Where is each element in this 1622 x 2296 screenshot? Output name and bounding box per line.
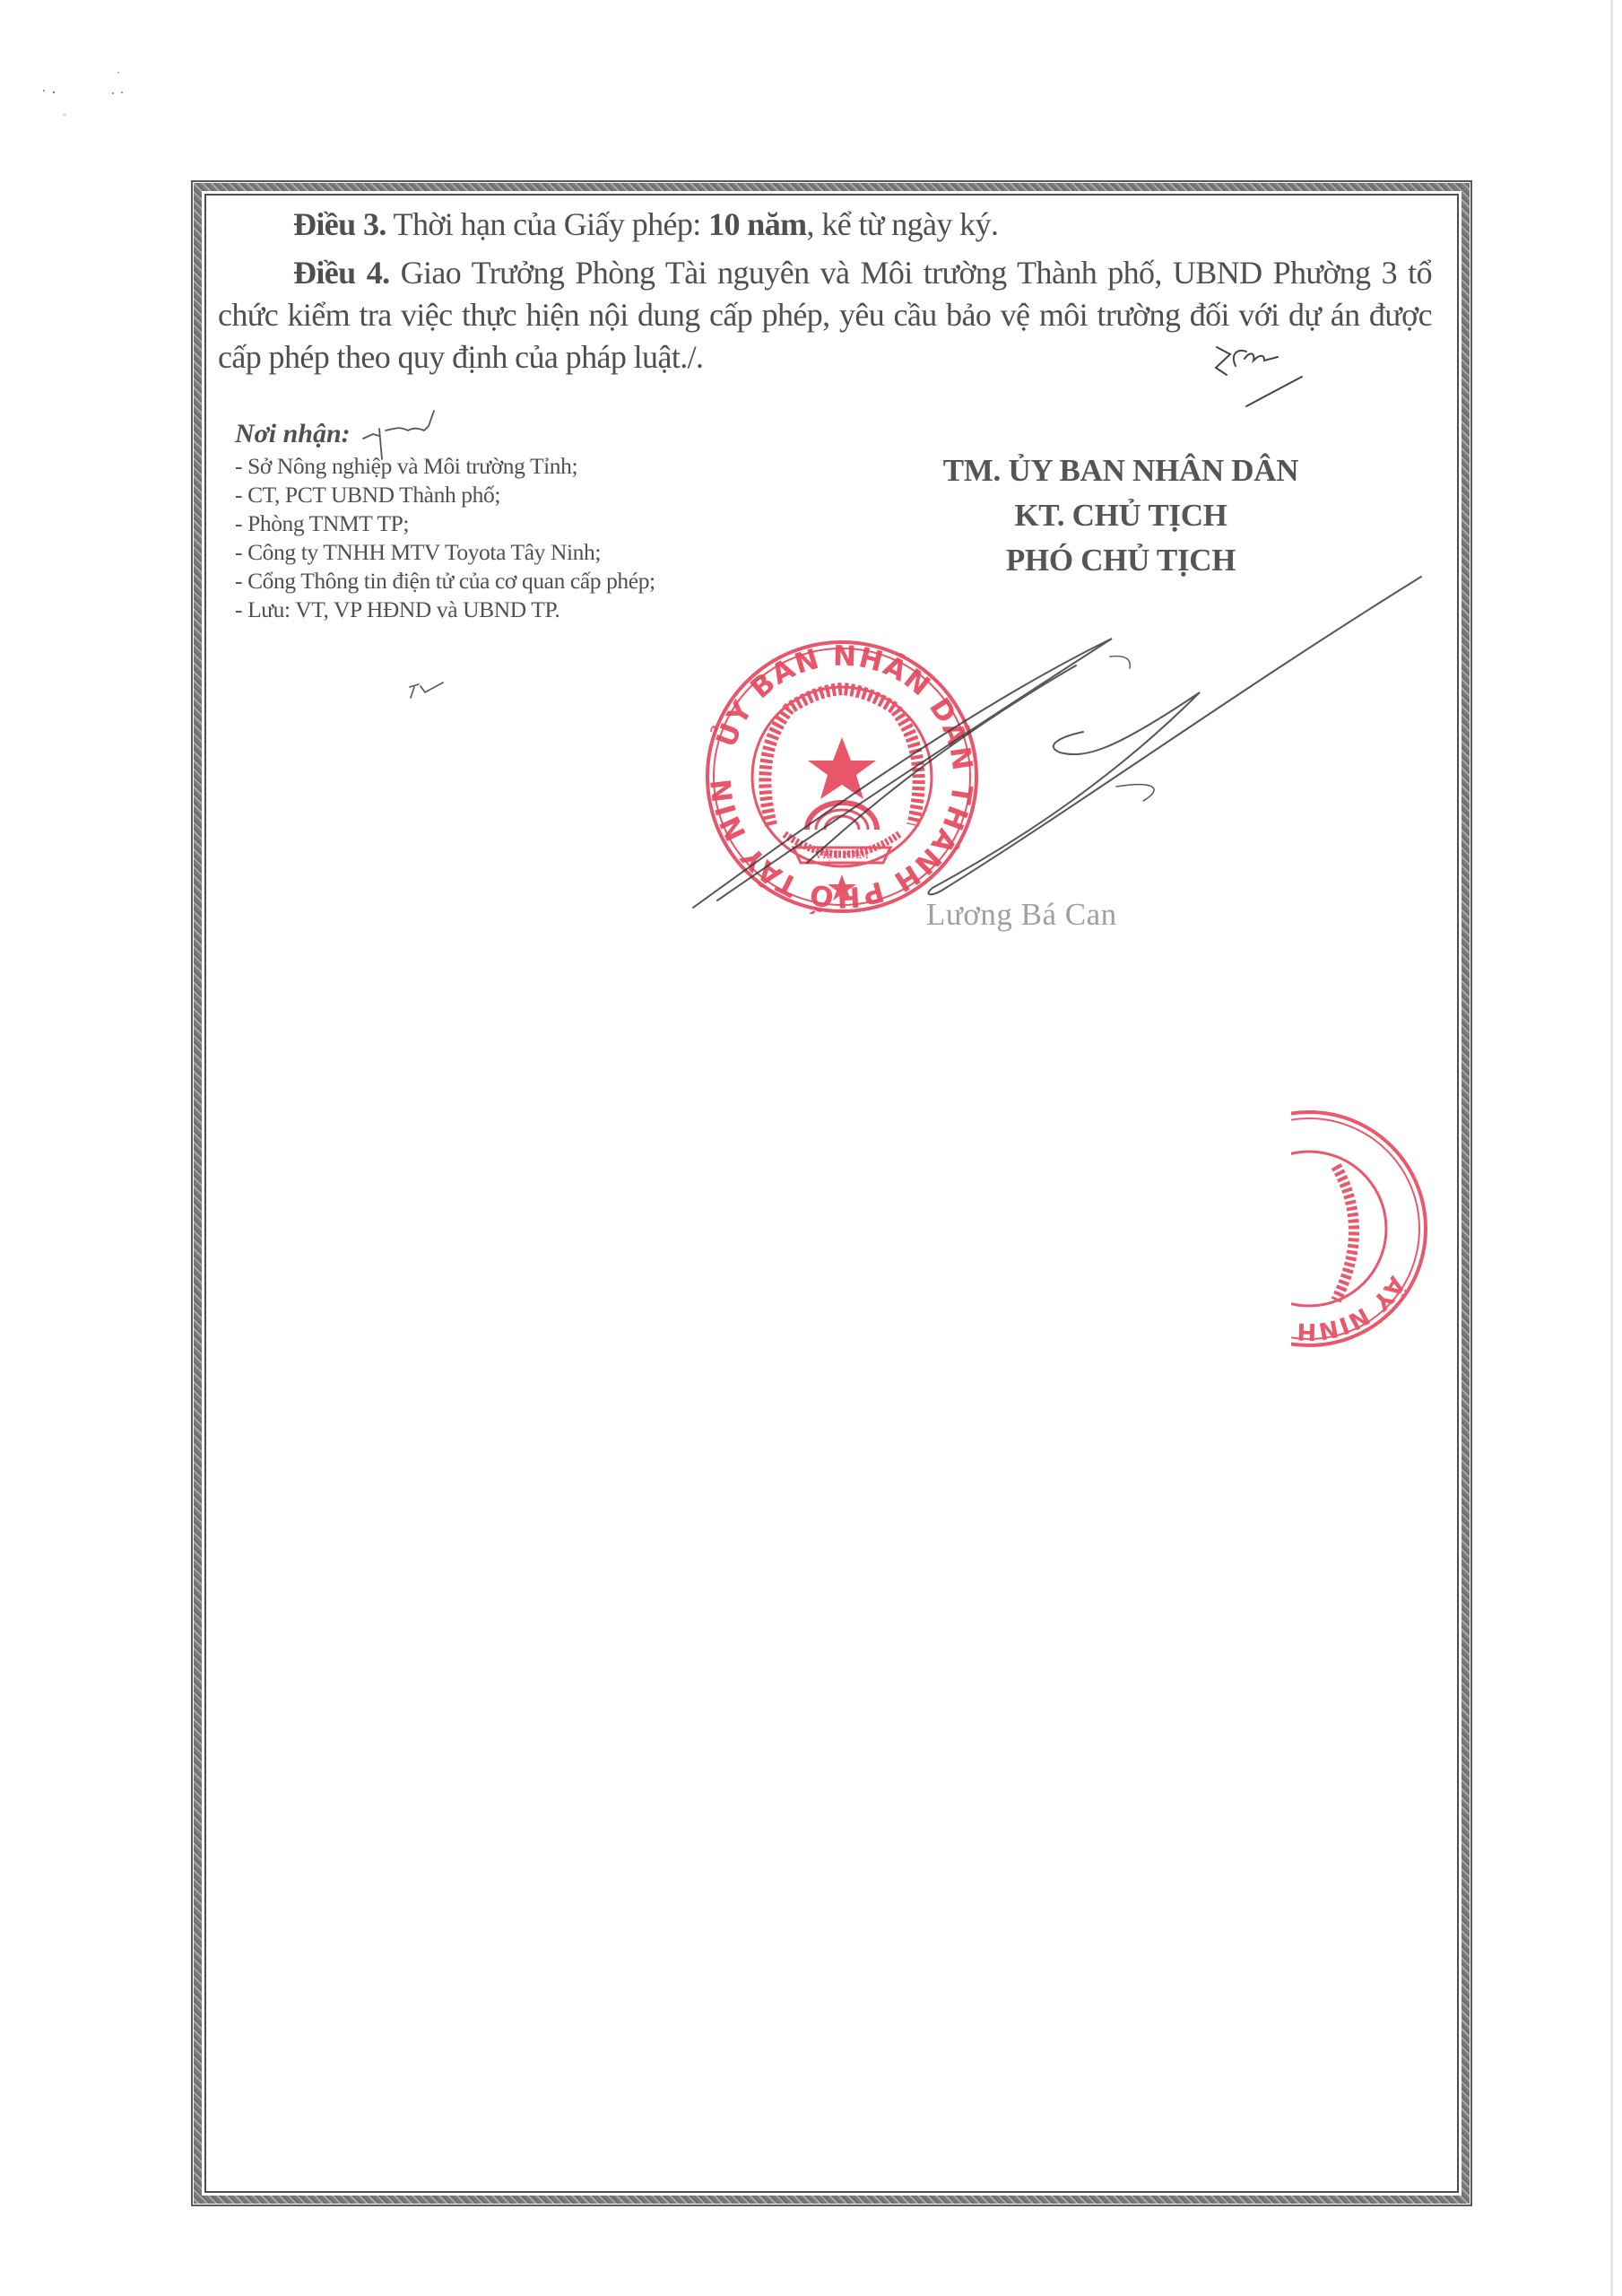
recipient-item: - Lưu: VT, VP HĐND và UBND TP.: [235, 596, 827, 624]
recipient-item: - Cổng Thông tin điện tử của cơ quan cấp…: [235, 567, 827, 596]
scan-specks: [18, 63, 126, 135]
article-3-text-end: , kể từ ngày ký.: [807, 206, 999, 242]
recipients-list: - Sở Nông nghiệp và Môi trường Tỉnh; - C…: [235, 452, 827, 624]
signature-block: TM. ỦY BAN NHÂN DÂN KT. CHỦ TỊCH PHÓ CHỦ…: [861, 448, 1381, 583]
recipients-heading: Nơi nhận:: [235, 418, 827, 450]
signature-title-line-2: KT. CHỦ TỊCH: [861, 493, 1381, 538]
article-4: Điều 4. Giao Trưởng Phòng Tài nguyên và …: [218, 252, 1432, 378]
signature-title-line-3: PHÓ CHỦ TỊCH: [861, 538, 1381, 583]
articles-section: Điều 3. Thời hạn của Giấy phép: 10 năm, …: [218, 199, 1432, 378]
article-3-duration: 10 năm: [708, 206, 806, 242]
recipient-item: - Sở Nông nghiệp và Môi trường Tỉnh;: [235, 452, 827, 481]
recipient-item: - CT, PCT UBND Thành phố;: [235, 481, 827, 509]
article-3: Điều 3. Thời hạn của Giấy phép: 10 năm, …: [218, 199, 1432, 249]
recipient-item: - Phòng TNMT TP;: [235, 509, 827, 538]
scan-edge-line: [1610, 0, 1613, 2296]
article-3-label: Điều 3.: [293, 206, 386, 242]
recipients-block: Nơi nhận: - Sở Nông nghiệp và Môi trường…: [235, 418, 827, 624]
article-4-label: Điều 4.: [293, 255, 390, 291]
signature-title-line-1: TM. ỦY BAN NHÂN DÂN: [861, 448, 1381, 493]
signer-name: Lương Bá Can: [926, 897, 1117, 933]
article-3-text: Thời hạn của Giấy phép:: [386, 206, 708, 242]
recipient-item: - Công ty TNHH MTV Toyota Tây Ninh;: [235, 538, 827, 567]
article-4-text: Giao Trưởng Phòng Tài nguyên và Môi trườ…: [218, 255, 1432, 375]
